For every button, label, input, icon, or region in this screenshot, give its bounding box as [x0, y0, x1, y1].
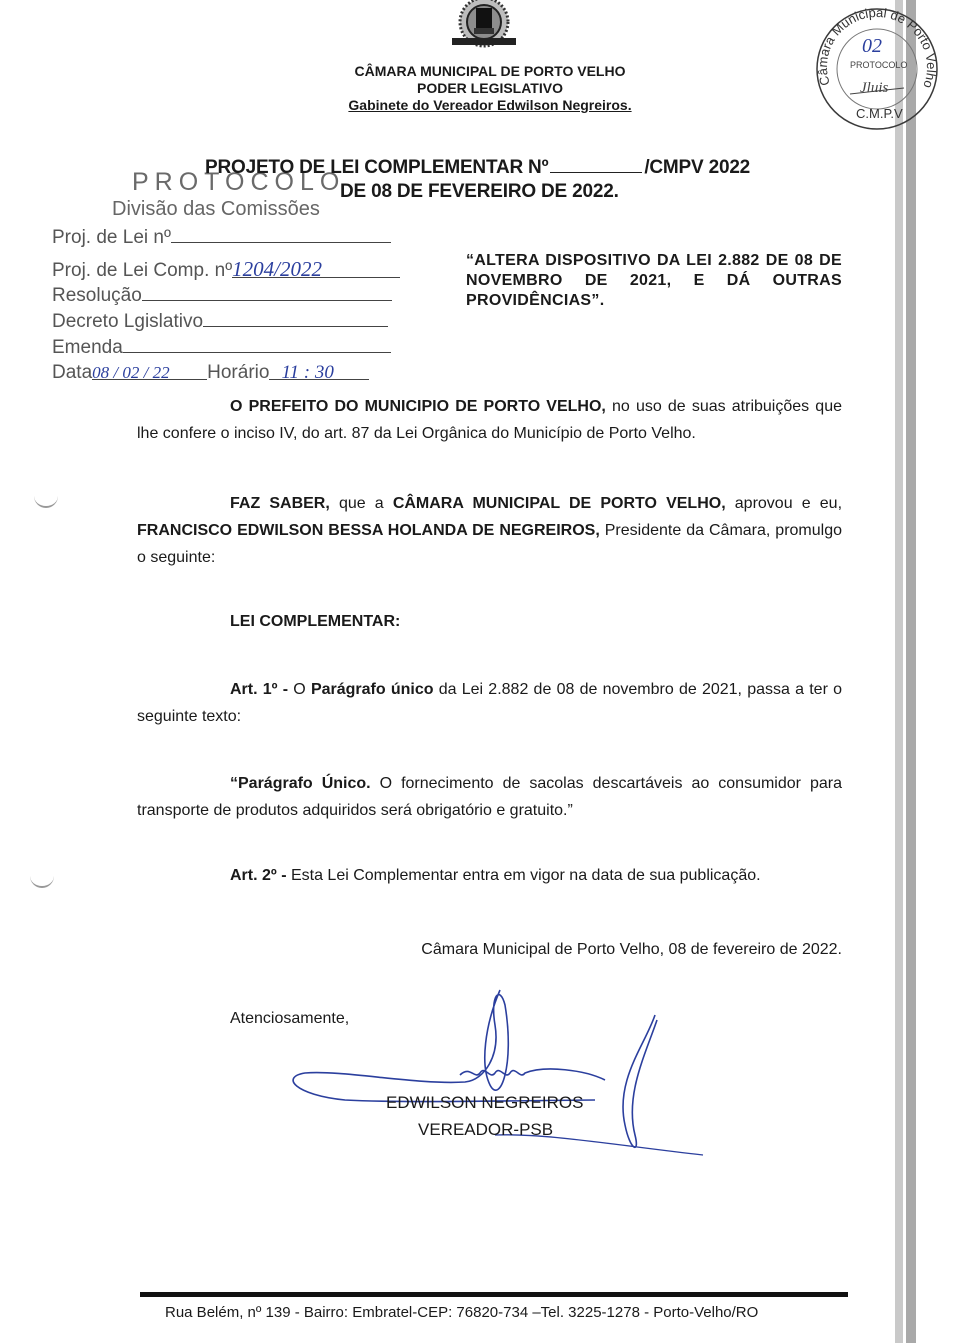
form-row-decreto: Decreto Lgislativo: [52, 310, 388, 334]
document-title: PROJETO DE LEI COMPLEMENTAR Nº/CMPV 2022: [205, 157, 750, 179]
form-row-data-horario: Data08 / 02 / 22Horário11 : 30: [52, 361, 369, 385]
footer-rule: [140, 1292, 848, 1297]
punch-hole-mark: [30, 874, 54, 888]
section-heading: LEI COMPLEMENTAR:: [137, 608, 842, 635]
header-office: Gabinete do Vereador Edwilson Negreiros.: [300, 97, 680, 114]
header-institution: CÂMARA MUNICIPAL DE PORTO VELHO: [300, 63, 680, 80]
signatory-name: EDWILSON NEGREIROS: [386, 1093, 583, 1113]
ementa: “ALTERA DISPOSITIVO DA LEI 2.882 DE 08 D…: [466, 251, 842, 311]
article-1: Art. 1º - O Parágrafo único da Lei 2.882…: [137, 676, 842, 730]
protocol-division: Divisão das Comissões: [112, 198, 320, 221]
signatory-role: VEREADOR-PSB: [418, 1120, 553, 1140]
footer-address: Rua Belém, nº 139 - Bairro: Embratel-CEP…: [165, 1304, 758, 1321]
svg-text:PROTOCOLO: PROTOCOLO: [850, 60, 907, 70]
svg-text:C.M.P.V: C.M.P.V: [856, 106, 903, 121]
municipal-crest-icon: [448, 0, 520, 52]
document-date-title: DE 08 DE FEVEREIRO DE 2022.: [340, 181, 619, 203]
handwritten-date: 08 / 02 / 22: [92, 363, 169, 382]
handwritten-number: 1204/2022: [232, 257, 322, 281]
form-row-resolucao: Resolução: [52, 284, 392, 308]
protocol-stamp: Câmara Municipal de Porto Velho 02 PROTO…: [812, 4, 942, 134]
scan-artifact-band: [895, 0, 903, 1343]
handwritten-time: 11 : 30: [269, 362, 333, 383]
paragraph-unico-quote: “Parágrafo Único. O fornecimento de saco…: [137, 770, 842, 824]
scan-artifact-band: [906, 0, 916, 1343]
svg-text:Jluis: Jluis: [860, 80, 888, 96]
form-row-proj-lei: Proj. de Lei nº: [52, 226, 391, 250]
paragraph-preamble: O PREFEITO DO MUNICIPIO DE PORTO VELHO, …: [137, 393, 842, 447]
paragraph-faz-saber: FAZ SABER, que a CÂMARA MUNICIPAL DE POR…: [137, 490, 842, 571]
header-branch: PODER LEGISLATIVO: [300, 80, 680, 97]
svg-text:02: 02: [862, 35, 882, 57]
form-row-proj-lei-comp: Proj. de Lei Comp. nº1204/2022: [52, 257, 400, 283]
number-blank: [550, 172, 642, 173]
place-date: Câmara Municipal de Porto Velho, 08 de f…: [137, 936, 842, 963]
punch-hole-mark: [34, 494, 58, 508]
article-2: Art. 2º - Esta Lei Complementar entra em…: [137, 862, 842, 889]
form-row-emenda: Emenda: [52, 336, 391, 360]
